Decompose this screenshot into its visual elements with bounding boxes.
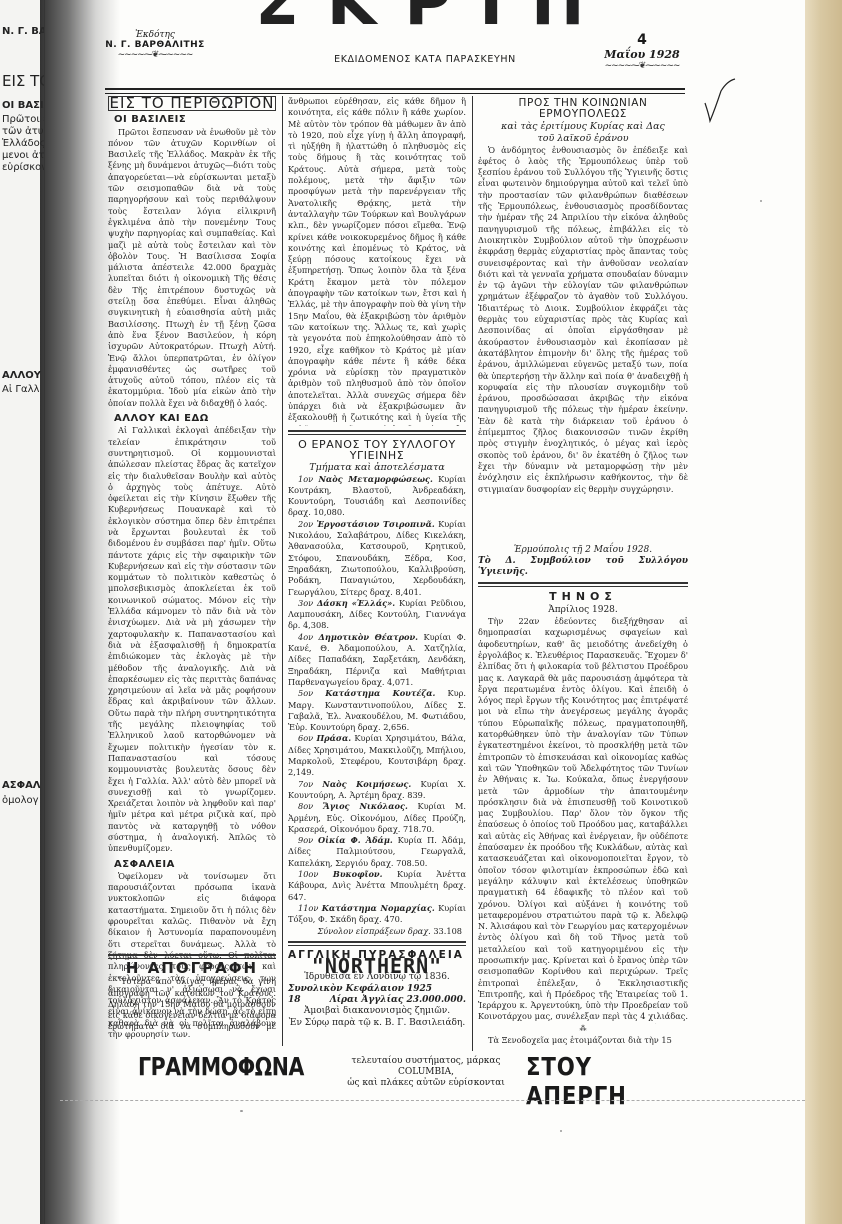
strip-line: Πρῶτοι ἔ [2, 114, 45, 125]
ad-brand: "NORTHERN" [288, 961, 466, 972]
strip-line: Ἑλλάδος. [2, 138, 45, 149]
donation-entry: 3ον Δάσκη «Ἑλλάς». Κυρίαι Ρεῦδιου, Λαμπο… [288, 598, 466, 632]
donation-entry: 2ον Ἐργοστάσιον Τσιροπινᾶ. Κυρίαι Νικολά… [288, 519, 466, 598]
donation-total: Σύνολον εἰσπράξεων δραχ. 33.108 [288, 926, 466, 937]
article-body: Τὴν 22αν ἐδεύοντες διεξήχθησαν αἱ δημοπρ… [478, 616, 688, 1024]
article-heading: ΟΙ ΒΑΣΙΛΕΙΣ [114, 114, 276, 125]
donation-entry: 5ον Κατάστημα Κουτέζα. Κυρ. Μαργ. Κωνστα… [288, 688, 466, 733]
adjacent-page-strip: Ν. Γ. ΒΑΡ ΕΙΣ ΤΟ ΟΙ ΒΑΣΙΛ Πρῶτοι ἔ τῶν ἀ… [0, 0, 45, 1224]
strip-line: εὑρίσκον [2, 162, 45, 173]
article-subtitle: Τμήματα καὶ ἀποτελέσματα [288, 462, 466, 474]
scan-speck [560, 1130, 562, 1132]
article-heading: ΤΗΝΟΣ [478, 591, 688, 602]
article-subtitle: τοῦ λαϊκοῦ ἐράνου [478, 133, 688, 145]
column-divider [472, 96, 473, 1051]
article-body: Ὕστερα ἀπὸ ὀλίγας ἡμέρας θὰ γίνη ἀπογραφ… [108, 976, 276, 1032]
donation-entry: 4ον Δημοτικὸν Θέατρον. Κυρίαι Φ. Κανέ, Θ… [288, 632, 466, 688]
gramophone-ad: ΓΡΑΜΜΟΦΩΝΑ τελευταίου συστήματος, μάρκας… [138, 1050, 708, 1096]
strip-line: ΑΣΦΑΛ [2, 780, 41, 791]
article-date: Ἀπρίλιος 1928. [478, 605, 688, 616]
publisher-box: Ἐκδότης Ν. Γ. ΒΑΡΘΑΛΙΤΗΣ ~~~~⁓❦⁓~~~~ [105, 30, 205, 80]
page-bottom-rule [60, 1100, 805, 1102]
donation-entry: 7ον Ναὸς Κοιμήσεως. Κυρίαι Χ. Κουντούρη,… [288, 779, 466, 802]
strip-line: Ν. Γ. ΒΑΡ [2, 26, 45, 37]
signature: Τὸ Δ. Συμβούλιον τοῦ Συλλόγου Ὑγιεινῆς. [478, 556, 688, 579]
separator-asterisks: ⁂ [478, 1024, 688, 1035]
ornament-icon: ~~~~⁓❦⁓~~~~ [592, 61, 692, 71]
ornament-icon: ~~~~⁓❦⁓~~~~ [105, 50, 205, 60]
section-title: ΕΙΣ ΤΟ ΠΕΡΙΘΩΡΙΟΝ [108, 96, 276, 111]
ad-left-text: ΓΡΑΜΜΟΦΩΝΑ [138, 1052, 304, 1081]
article-heading: ΠΡΟΣ ΤΗΝ ΚΟΙΝΩΝΙΑΝ ΕΡΜΟΥΠΟΛΕΩΣ [478, 98, 688, 121]
scan-speck [240, 1110, 243, 1112]
section-rule [288, 430, 466, 435]
issue-number: 4 [592, 32, 692, 48]
census-article: Η ΑΠΟΓΡΑΦΗ Ὕστερα ἀπὸ ὀλίγας ἡμέρας θὰ γ… [108, 950, 276, 1032]
strip-line: μενοι ἀτυ [2, 150, 45, 161]
article-body: Αἱ Γαλλικαὶ ἐκλογαὶ ἀπέδειξαν τὴν τελεία… [108, 425, 276, 854]
article-heading: ΑΛΛΟΥ ΚΑΙ ΕΔΩ [114, 413, 276, 424]
article-heading: Η ΑΠΟΓΡΑΦΗ [108, 963, 276, 974]
ad-agent: Ἐν Σύρῳ παρὰ τῷ κ. Β. Γ. Βασιλειάδη. [288, 1018, 466, 1029]
ad-compensation: Ἀμοιβαὶ διακανονισμὸς ζημιῶν. [288, 1006, 466, 1017]
issue-date: Μαΐου 1928 [592, 48, 692, 61]
article-body: Ὁ ἀνδόμητος ἐνθουσιασμὸς ὃν ἐπέδειξε καὶ… [478, 145, 688, 495]
issue-box: 4 Μαΐου 1928 ~~~~⁓❦⁓~~~~ [592, 32, 692, 71]
strip-line: τῶν ἀτυ [2, 126, 44, 137]
column-divider [282, 96, 283, 1046]
newspaper-title: ΣΚΡΙΠ [255, 0, 613, 40]
column-3: ΠΡΟΣ ΤΗΝ ΚΟΙΝΩΝΙΑΝ ΕΡΜΟΥΠΟΛΕΩΣ καὶ τὰς ἐ… [478, 96, 688, 1047]
strip-line: ΕΙΣ ΤΟ [2, 72, 45, 90]
ad-capital-label: Συνολικὸν Κεφάλαιον 1925 [288, 984, 466, 995]
ad-middle-text: τελευταίου συστήματος, μάρκας COLUMBIA, … [326, 1056, 526, 1089]
scan-speck [760, 200, 762, 202]
donation-entry: 6ον Πράσα. Κυρίαι Χρησιμάτου, Βάλα, Δίδε… [288, 733, 466, 778]
article-body: Πρῶτοι ἔσπευσαν νὰ ἐνωθοῦν μὲ τὸν πόνον … [108, 127, 276, 409]
donation-entry: 8ον Ἅγιος Νικόλαος. Κυρίαι Μ. Ἀρμένη, Εὐ… [288, 801, 466, 835]
section-rule [288, 941, 466, 946]
donation-entry: 1ον Ναὸς Μεταμορφώσεως. Κυρίαι Κουτράκη,… [288, 474, 466, 519]
handwritten-checkmark-icon [703, 75, 743, 125]
strip-line: ΟΙ ΒΑΣΙΛ [2, 100, 45, 111]
strip-line: Αἱ Γαλλ [2, 384, 39, 395]
strip-line: ὁμολογ [2, 795, 39, 806]
dateline: Ἑρμούπολις τῇ 2 Μαΐου 1928. [478, 545, 688, 556]
page-edge-right [805, 0, 842, 1224]
article-heading: ΑΣΦΑΛΕΙΑ [114, 859, 276, 870]
strip-line: ΑΛΛΟΥ Κ [2, 370, 45, 381]
article-body: ἄνθρωποι εὑρέθησαν, εἰς κάθε δῆμον ἢ κοι… [288, 96, 466, 426]
publisher-name: Ν. Γ. ΒΑΡΘΑΛΙΤΗΣ [105, 40, 205, 50]
publication-frequency: ΕΚΔΙΔΟΜΕΝΟΣ ΚΑΤΑ ΠΑΡΑΣΚΕΥΗΝ [265, 54, 585, 65]
article-heading: Ο ΕΡΑΝΟΣ ΤΟΥ ΣΥΛΛΟΓΟΥ ΥΓΙΕΙΝΗΣ [288, 439, 466, 462]
donation-entry: 9ον Οἰκία Φ. Ἀδάμ. Κυρία Π. Ἀδάμ, Δίδες … [288, 835, 466, 869]
masthead: ΣΚΡΙΠ Ἐκδότης Ν. Γ. ΒΑΡΘΑΛΙΤΗΣ ~~~~⁓❦⁓~~… [105, 0, 705, 92]
donation-entry: 10ον Βυκοφῖον. Κυρία Ἀνέττα Κάβουρα, Δνὶ… [288, 869, 466, 903]
publisher-label: Ἐκδότης [105, 30, 205, 40]
column-2: ἄνθρωποι εὑρέθησαν, εἰς κάθε δῆμον ἢ κοι… [288, 96, 466, 1029]
column-1: ΕΙΣ ΤΟ ΠΕΡΙΘΩΡΙΟΝ ΟΙ ΒΑΣΙΛΕΙΣ Πρῶτοι ἔσπ… [108, 96, 276, 1040]
article-subtitle: καὶ τὰς ἐριτίμους Κυρίας καὶ Δας [478, 121, 688, 133]
donation-list: 1ον Ναὸς Μεταμορφώσεως. Κυρίαι Κουτράκη,… [288, 474, 466, 926]
donation-entry: 11ον Κατάστημα Νομαρχίας. Κυρίαι Τόξου, … [288, 903, 466, 926]
article-body: Τὰ Ξενοδοχεῖα μας ἑτοιμάζονται διὰ τὴν 1… [478, 1035, 688, 1046]
ad-founded: Ἱδρυθεῖσα ἐν Λονδίνῳ τῷ 1836. [288, 972, 466, 983]
ad-capital-row: 18Λίραι Ἀγγλίας 23.000.000. [288, 995, 466, 1006]
section-rule [478, 582, 688, 587]
